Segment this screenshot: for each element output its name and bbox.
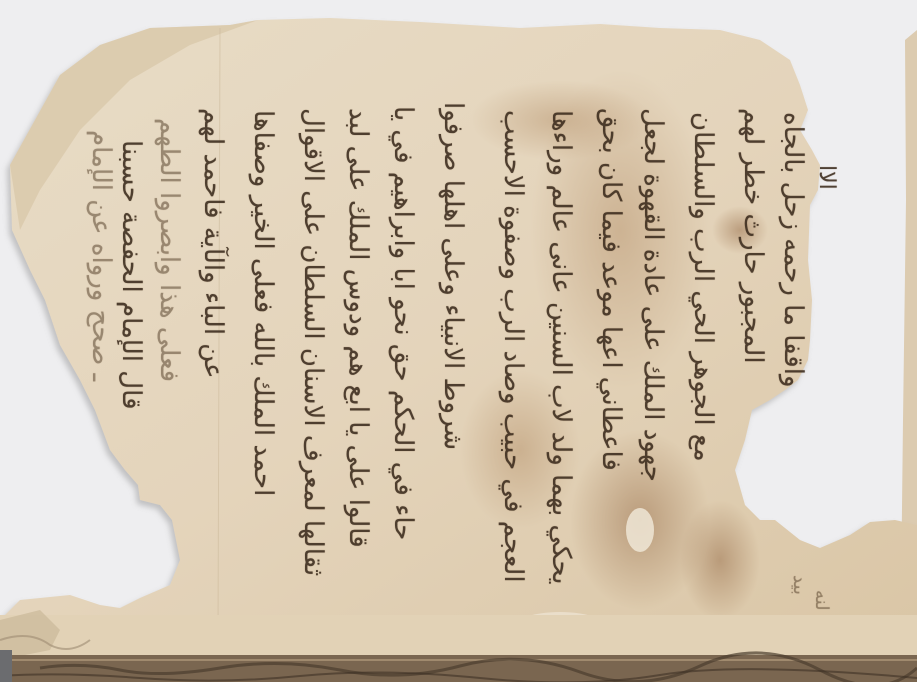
text-line: يحكي بهما ولد لاب السنين عانى عالم وراءه…: [548, 110, 574, 585]
text-line: واقفا ما رحمه زحل بالجاه: [780, 112, 806, 388]
text-line: شروط الانبياء وعلى اهلها صرفوا: [440, 102, 466, 450]
text-line: الاا: [815, 165, 837, 190]
text-line: عن الباء والآية فاحمد لهم: [200, 108, 226, 379]
text-line: قال الإمام الحفصة حسبنا: [118, 140, 144, 410]
text-line: المجبور حارث خطر لهم: [740, 108, 766, 364]
text-line: مع الجوهر الحي الرب والسلطان: [690, 112, 716, 462]
text-line: فعلى هذا وابصروا الطهم: [156, 118, 182, 382]
manuscript-text-block: ـ صحح ورواه عن الإمام قال الإمام الحفصة …: [0, 0, 917, 682]
text-line: العجم في حبيب وصاد الرب وصفوة الاحسب: [500, 110, 526, 583]
text-line: ـ صحح ورواه عن الإمام: [88, 130, 114, 381]
text-line: قالوا على يا ابع هم ودوس الملك على لبد: [345, 108, 371, 548]
marginal-note: لنه: [812, 590, 830, 611]
text-line: فاعطاني اعها موعد فيما كان بحق: [598, 108, 624, 471]
text-line: ثقالها لمعرف الاسنان السلطان على الاقوال: [300, 108, 326, 576]
text-line: احمد الملك بالله فعلى الخير وصفاها: [250, 110, 276, 496]
marginal-note: بيد: [790, 575, 808, 595]
manuscript-photo: ـ صحح ورواه عن الإمام قال الإمام الحفصة …: [0, 0, 917, 682]
text-line: حاء في الحكم حق نحو ابا وابراهيم في يا: [390, 106, 416, 540]
text-line: جهود الملك على عادة القهوة لجعل: [640, 108, 666, 482]
